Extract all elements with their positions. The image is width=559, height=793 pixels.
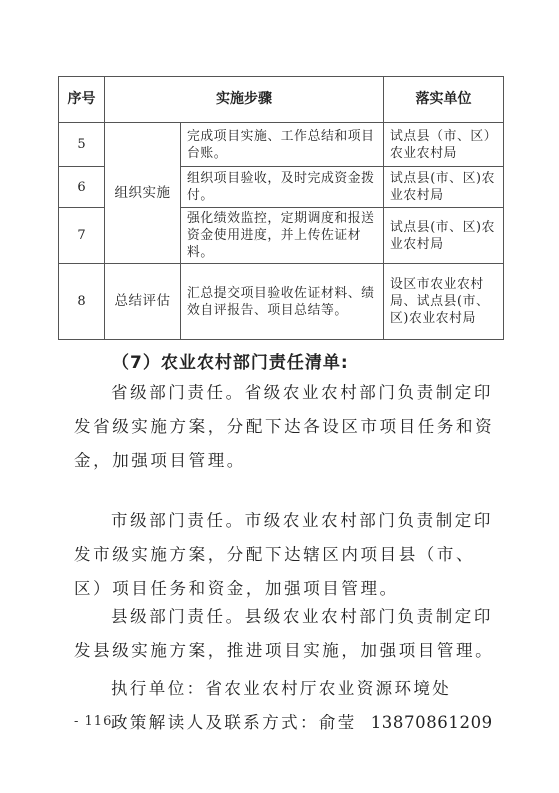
row-number: 6 [59,167,105,208]
step-cell: 组织项目验收，及时完成资金拨付。 [181,167,384,208]
section-heading: （7）农业农村部门责任清单: [112,348,349,373]
row-number: 8 [59,264,105,340]
policy-contact: 政策解读人及联系方式：俞莹13870861209 [111,709,493,733]
page-number: - 116 - [74,714,123,729]
unit-cell: 试点县(市、区)农业农村局 [384,167,504,208]
paragraph-municipal-responsibility: 市级部门责任。市级农业农村部门负责制定印发市级实施方案，分配下达辖区内项目县（市… [74,504,502,606]
table-row: 5 组织实施 完成项目实施、工作总结和项目台账。 试点县（市、区）农业农村局 [59,123,504,167]
header-no: 序号 [59,77,105,123]
step-cell: 汇总提交项目验收佐证材料、绩效自评报告、项目总结等。 [181,264,384,340]
table-header-row: 序号 实施步骤 落实单位 [59,77,504,123]
row-number: 5 [59,123,105,167]
implementation-steps-table: 序号 实施步骤 落实单位 5 组织实施 完成项目实施、工作总结和项目台账。 试点… [58,76,504,340]
header-unit: 落实单位 [384,77,504,123]
unit-cell: 试点县(市、区)农业农村局 [384,208,504,264]
unit-cell: 设区市农业农村局、试点县(市、区)农业农村局 [384,264,504,340]
step-cell: 强化绩效监控，定期调度和报送资金使用进度，并上传佐证材料。 [181,208,384,264]
step-cell: 完成项目实施、工作总结和项目台账。 [181,123,384,167]
unit-cell: 试点县（市、区）农业农村局 [384,123,504,167]
contact-label: 政策解读人及联系方式：俞莹 [111,713,357,732]
document-page: 序号 实施步骤 落实单位 5 组织实施 完成项目实施、工作总结和项目台账。 试点… [0,0,559,793]
paragraph-provincial-responsibility: 省级部门责任。省级农业农村部门负责制定印发省级实施方案，分配下达各设区市项目任务… [74,376,502,478]
row-number: 7 [59,208,105,264]
paragraph-county-responsibility: 县级部门责任。县级农业农村部门负责制定印发县级实施方案，推进项目实施，加强项目管… [74,600,502,668]
executing-unit: 执行单位：省农业农村厅农业资源环境处 [111,675,451,699]
phase-cell: 组织实施 [105,123,181,264]
contact-phone: 13870861209 [371,713,493,732]
table-row: 8 总结评估 汇总提交项目验收佐证材料、绩效自评报告、项目总结等。 设区市农业农… [59,264,504,340]
phase-cell: 总结评估 [105,264,181,340]
header-steps: 实施步骤 [105,77,384,123]
